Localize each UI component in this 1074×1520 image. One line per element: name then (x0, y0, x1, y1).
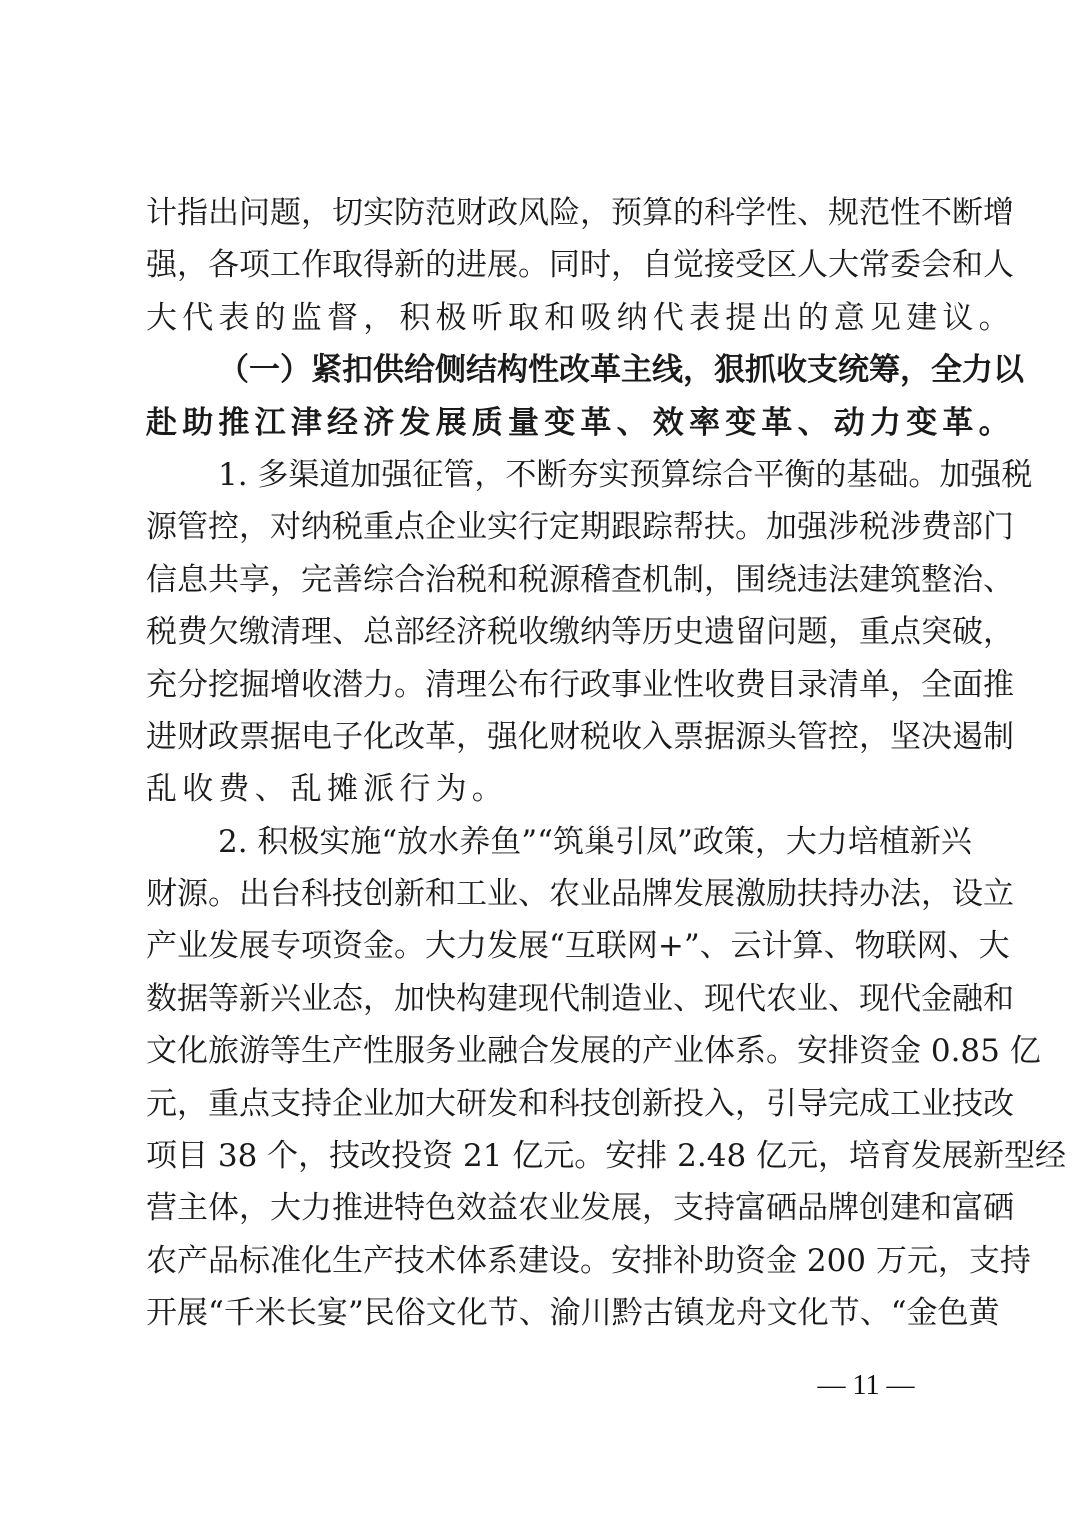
text-line: 数据等新兴业态，加快构建现代制造业、现代农业、现代金融和 (146, 973, 942, 1025)
text-line: 财源。出台科技创新和工业、农业品牌发展激励扶持办法，设立 (146, 868, 942, 920)
text-line: 强，各项工作取得新的进展。同时，自觉接受区人大常委会和人 (146, 239, 942, 291)
document-page: 计指出问题，切实防范财政风险，预算的科学性、规范性不断增 强，各项工作取得新的进… (0, 0, 1074, 1520)
section-heading-line: 赴助推江津经济发展质量变革、效率变革、动力变革。 (146, 397, 942, 449)
text-line: 开展“千米长宴”民俗文化节、渝川黔古镇龙舟文化节、“金色黄 (146, 1287, 942, 1339)
text-line: 文化旅游等生产性服务业融合发展的产业体系。安排资金 0.85 亿 (146, 1025, 942, 1077)
text-line: 1. 多渠道加强征管，不断夯实预算综合平衡的基础。加强税 (146, 449, 942, 501)
text-line: 信息共享，完善综合治税和税源稽查机制，围绕违法建筑整治、 (146, 554, 942, 606)
text-line: 大代表的监督，积极听取和吸纳代表提出的意见建议。 (146, 292, 942, 344)
text-line: 项目 38 个，技改投资 21 亿元。安排 2.48 亿元，培育发展新型经 (146, 1130, 942, 1182)
text-line: 营主体，大力推进特色效益农业发展，支持富硒品牌创建和富硒 (146, 1182, 942, 1234)
text-line: 税费欠缴清理、总部经济税收缴纳等历史遗留问题，重点突破， (146, 606, 942, 658)
page-number: — 11 — (816, 1366, 916, 1406)
text-line: 充分挖掘增收潜力。清理公布行政事业性收费目录清单，全面推 (146, 659, 942, 711)
text-line: 产业发展专项资金。大力发展“互联网+”、云计算、物联网、大 (146, 920, 942, 972)
text-line: 计指出问题，切实防范财政风险，预算的科学性、规范性不断增 (146, 187, 942, 239)
text-line: 进财政票据电子化改革，强化财税收入票据源头管控，坚决遏制 (146, 711, 942, 763)
document-body: 计指出问题，切实防范财政风险，预算的科学性、规范性不断增 强，各项工作取得新的进… (146, 187, 942, 1340)
section-heading-line: （一）紧扣供给侧结构性改革主线，狠抓收支统筹，全力以 (146, 344, 942, 396)
text-line: 农产品标准化生产技术体系建设。安排补助资金 200 万元，支持 (146, 1235, 942, 1287)
text-line: 元，重点支持企业加大研发和科技创新投入，引导完成工业技改 (146, 1078, 942, 1130)
text-line: 源管控，对纳税重点企业实行定期跟踪帮扶。加强涉税涉费部门 (146, 501, 942, 553)
text-line: 乱收费、乱摊派行为。 (146, 763, 942, 815)
text-line: 2. 积极实施“放水养鱼”“筑巢引凤”政策，大力培植新兴 (146, 816, 942, 868)
